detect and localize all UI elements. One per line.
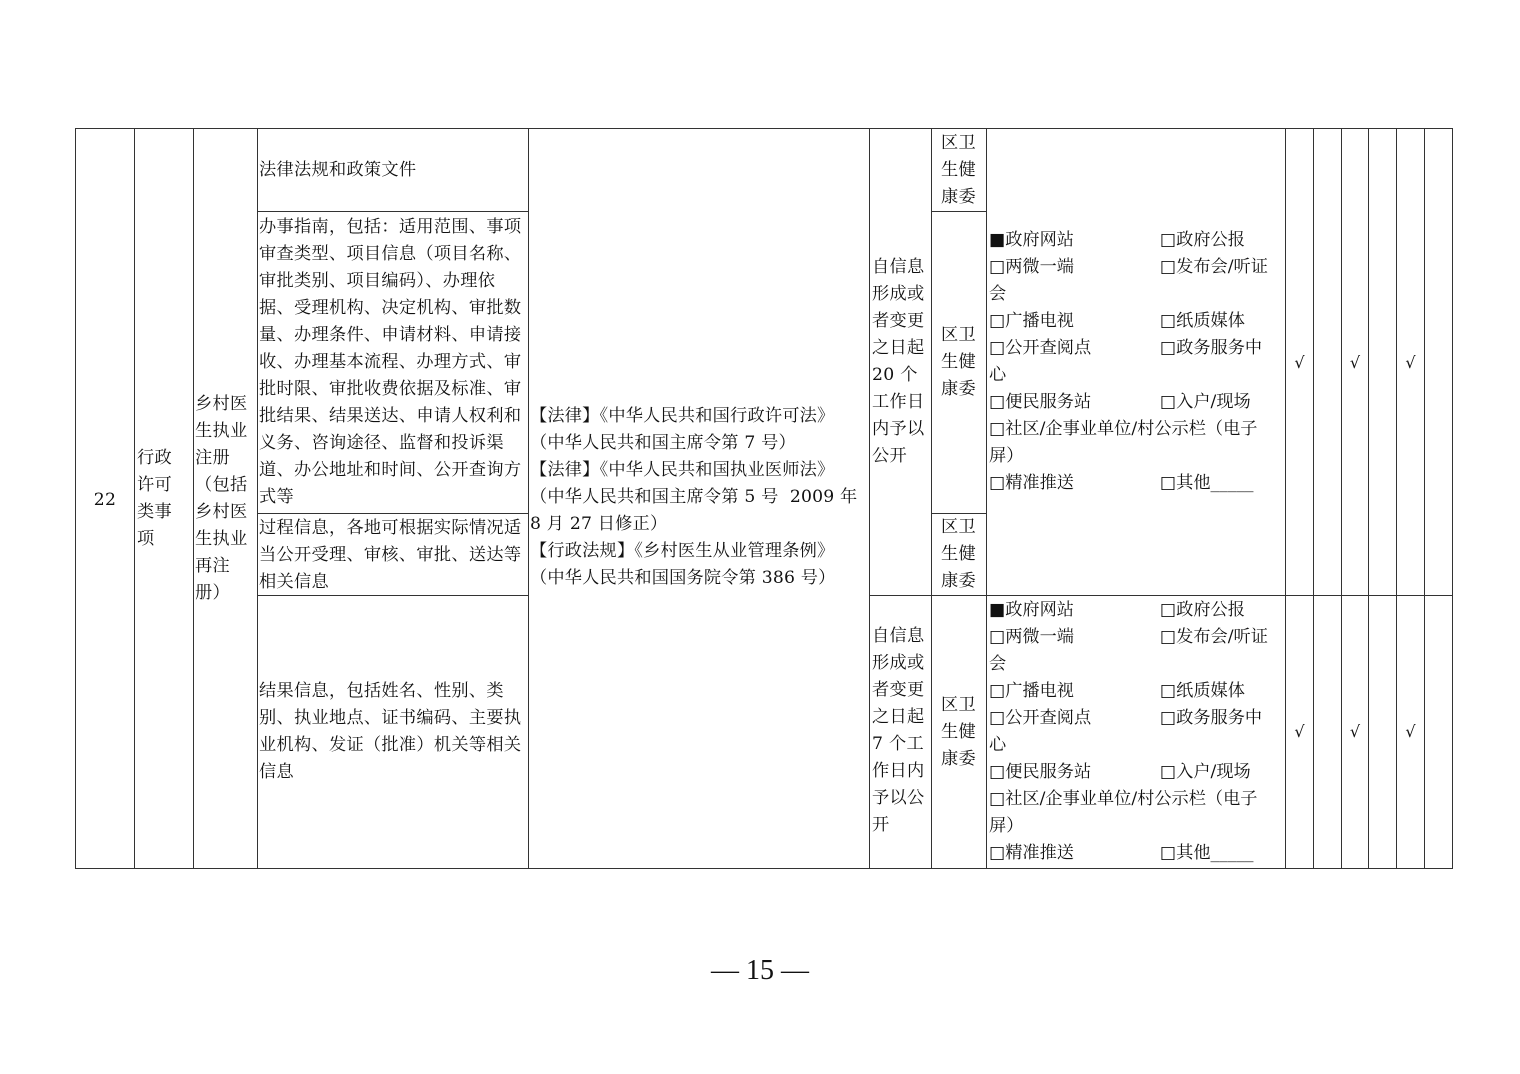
content-result: 结果信息，包括姓名、性别、类别、执业地点、证书编码、主要执业机构、发证（批准）机… <box>259 678 528 786</box>
page-number: — 15 — <box>0 955 1520 987</box>
table-top-border <box>75 128 1453 129</box>
content-laws: 法律法规和政策文件 <box>259 157 528 184</box>
content-process: 过程信息，各地可根据实际情况适当公开受理、审核、审批、送达等相关信息 <box>259 515 528 596</box>
subject-2: 区卫 生健 康委 <box>931 322 986 403</box>
col-border <box>528 128 529 869</box>
col-border <box>1452 128 1453 869</box>
item-name: 乡村医 生执业 注册 （包括 乡村医 生执业 再注 册） <box>195 391 257 607</box>
divider <box>931 211 986 212</box>
check-mark: √ <box>1286 722 1313 742</box>
col-border <box>1396 128 1397 869</box>
check-mark: √ <box>1397 353 1424 373</box>
check-mark: √ <box>1342 353 1368 373</box>
col-border <box>134 128 135 869</box>
col-border <box>1341 128 1342 869</box>
row-number: 22 <box>76 487 134 514</box>
legal-basis: 【法律】《中华人民共和国行政许可法》 （中华人民共和国主席令第 7 号） 【法律… <box>530 403 875 592</box>
time-limit-1: 自信息 形成或 者变更 之日起 20 个 工作日 内予以 公开 <box>872 254 932 470</box>
content-guide: 办事指南，包括：适用范围、事项审查类型、项目信息（项目名称、审批类别、项目编码）… <box>259 214 528 511</box>
check-mark: √ <box>1286 353 1313 373</box>
subject-4: 区卫 生健 康委 <box>931 692 986 773</box>
col-border <box>257 128 258 869</box>
time-limit-2: 自信息 形成或 者变更 之日起 7 个工 作日内 予以公 开 <box>872 623 932 839</box>
col-border <box>193 128 194 869</box>
col-border <box>986 128 987 869</box>
col-border <box>1368 128 1369 869</box>
channels-1: ■政府网站 □政府公报 □两微一端 □发布会/听证 会 □广播电视 □纸质媒体 … <box>989 227 1289 497</box>
subject-1: 区卫 生健 康委 <box>931 130 986 211</box>
document-page: 22 行政 许可 类事 项 乡村医 生执业 注册 （包括 乡村医 生执业 再注 … <box>0 0 1520 1074</box>
item-category: 行政 许可 类事 项 <box>137 445 193 553</box>
channels-2: ■政府网站 □政府公报 □两微一端 □发布会/听证 会 □广播电视 □纸质媒体 … <box>989 597 1289 867</box>
subject-3: 区卫 生健 康委 <box>931 514 986 595</box>
col-border <box>1313 128 1314 869</box>
col-border <box>1424 128 1425 869</box>
divider <box>257 513 528 514</box>
divider <box>869 595 1453 596</box>
divider <box>257 211 528 212</box>
check-mark: √ <box>1342 722 1368 742</box>
table-bottom-border <box>75 868 1453 869</box>
check-mark: √ <box>1397 722 1424 742</box>
